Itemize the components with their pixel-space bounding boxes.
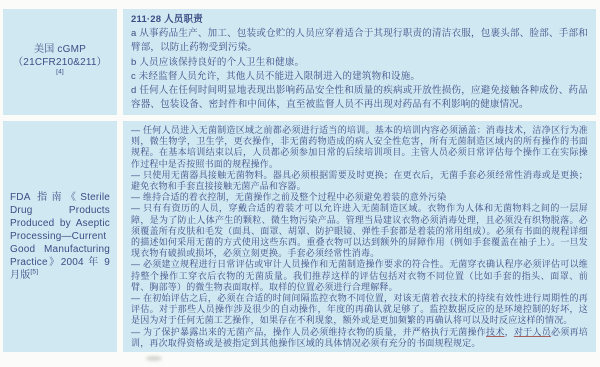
footnote-ref-mark: [4] <box>56 68 64 75</box>
row-label-us-cgmp: 美国 cGMP （21CFR210&211）[4] <box>3 9 117 115</box>
cgmp-paragraph: a 从事药品生产、加工、包装或仓贮的人员应穿着适合于其现行职责的清洁衣服，包裹头… <box>131 27 588 55</box>
guideline-bullet: — 任何人员进入无菌制造区域之前都必须进行适当的培训。基本的培训内容必须涵盖：消… <box>131 125 588 170</box>
underlined-term: 对于人员 <box>514 327 551 337</box>
cgmp-paragraphs: a 从事药品生产、加工、包装或仓贮的人员应穿着适合于其现行职责的清洁衣服，包裹头… <box>131 27 588 112</box>
row-label-us-cgmp-text: 美国 cGMP （21CFR210&211）[4] <box>10 43 110 82</box>
guideline-bullets: — 任何人员进入无菌制造区域之前都必须进行适当的培训。基本的培训内容必须涵盖：消… <box>131 125 588 349</box>
row-content-us-cgmp: 211·28 人员职责 a 从事药品生产、加工、包装或仓贮的人员应穿着适合于其现… <box>123 9 596 115</box>
regulation-code: （21CFR210&211） <box>13 57 107 68</box>
guideline-bullet: — 在初始评估之后，必须在合适的时间间隔监控衣物不同位置，对该无菌着衣技术的持续… <box>131 293 588 327</box>
underlined-term: 技术 <box>486 327 505 337</box>
table-row-us-cgmp: 美国 cGMP （21CFR210&211）[4] 211·28 人员职责 a … <box>3 9 596 115</box>
row-content-fda-guidance: — 任何人员进入无菌制造区域之前都必须进行适当的培训。基本的培训内容必须涵盖：消… <box>123 121 596 352</box>
gmp-regulation-table: 美国 cGMP （21CFR210&211）[4] 211·28 人员职责 a … <box>3 9 596 352</box>
scan-artifact-smudge <box>146 356 162 361</box>
label-line-country: 美国 cGMP <box>10 43 110 56</box>
guideline-bullet: — 必须建立规程进行日常评估或审计人员操作和无菌制造操作要求的符合性。无菌穿衣确… <box>131 259 588 293</box>
guidance-title: FDA 指南《Sterile Drug Products Produced by… <box>10 192 110 281</box>
row-label-fda-guidance-text: FDA 指南《Sterile Drug Products Produced by… <box>10 191 110 282</box>
cgmp-paragraph: c 未经监督人员允许，其他人员不能进入限制进入的建筑物和设施。 <box>131 70 588 84</box>
cgmp-paragraph: b 人员应该保持良好的个人卫生和健康。 <box>131 56 588 70</box>
guideline-bullet: — 只有有资历的人员，穿戴合适的着装才可以允许进入无菌制造区域。衣物作为人体和无… <box>131 203 588 259</box>
footnote-ref-mark: [5] <box>30 269 38 276</box>
cgmp-paragraph: d 任何人在任何时间明显地表现出影响药品安全性和质量的疾病或开放性损伤，应避免接… <box>131 84 588 112</box>
table-row-fda-guidance: FDA 指南《Sterile Drug Products Produced by… <box>3 121 596 352</box>
row-label-fda-guidance: FDA 指南《Sterile Drug Products Produced by… <box>3 121 117 352</box>
guideline-bullet: — 为了保护暴露出来的无菌产品，操作人员必须维持衣物的质量，并严格执行无菌操作技… <box>131 327 588 349</box>
section-title: 211·28 人员职责 <box>131 13 588 27</box>
label-line-regulation: （21CFR210&211）[4] <box>10 56 110 82</box>
guideline-bullet: — 只使用无菌器具接触无菌物料。器具必须根据需要及时更换；在更衣后，无菌手套必须… <box>131 170 588 192</box>
guideline-bullet: — 维持合适的着衣控制，无菌操作之前及整个过程中必须避免着装的意外污染 <box>131 192 588 203</box>
